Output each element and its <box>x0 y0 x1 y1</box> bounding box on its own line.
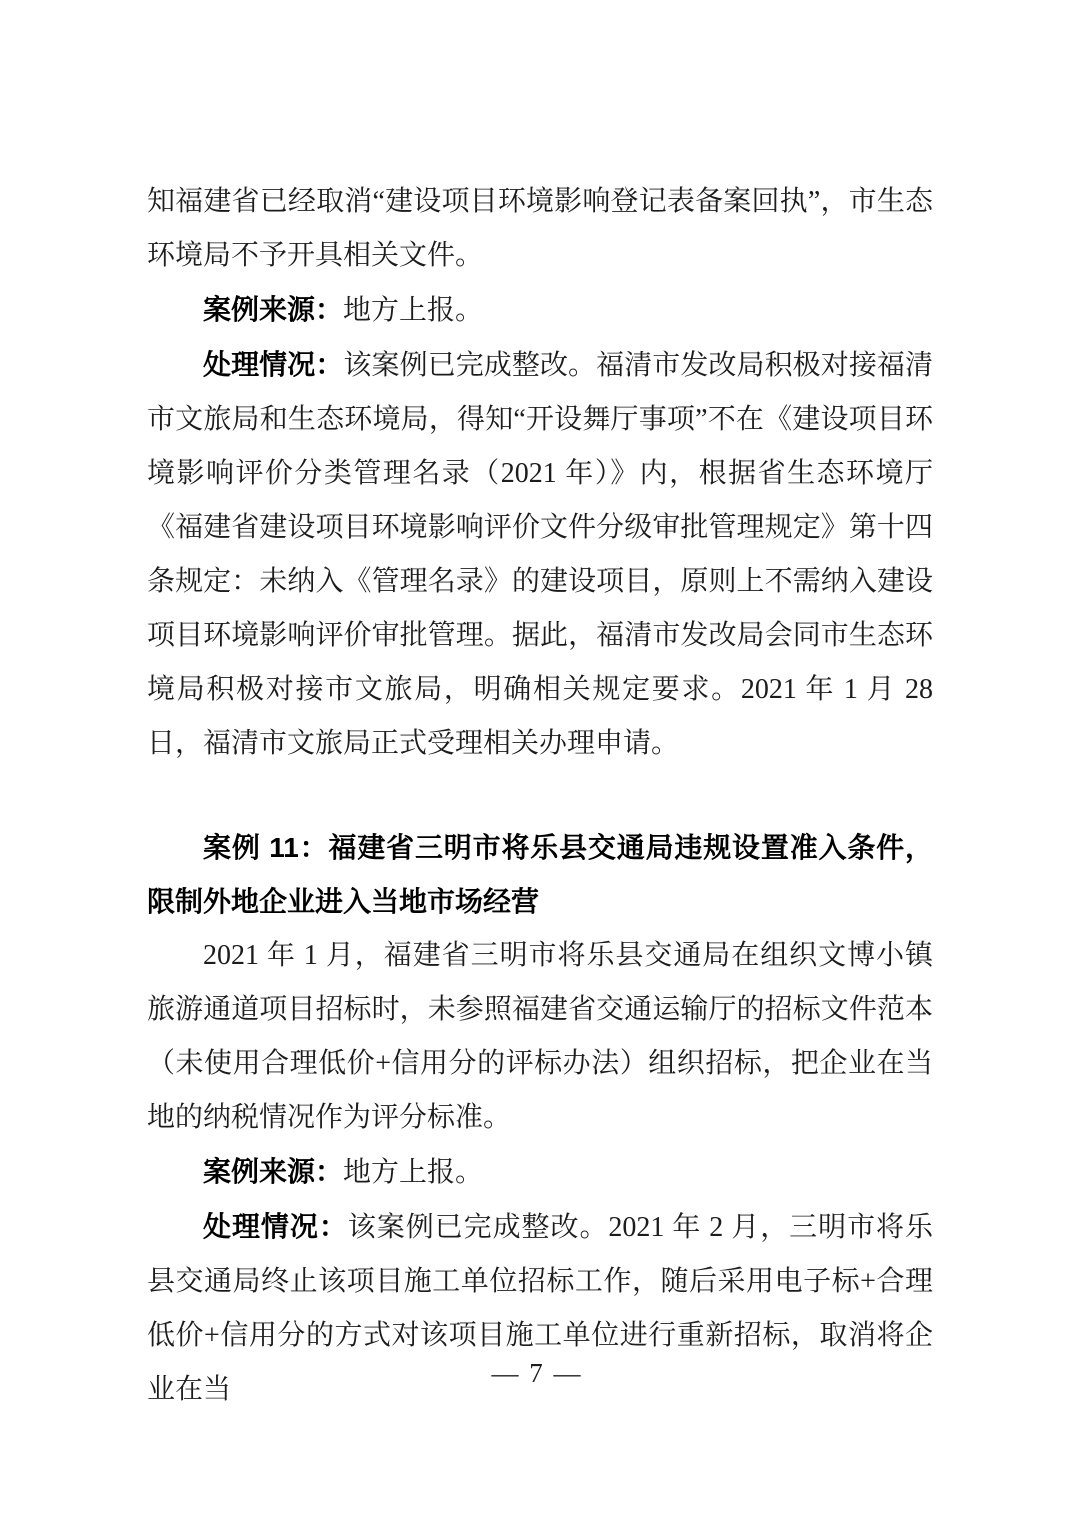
case11-heading: 案例 11：福建省三明市将乐县交通局违规设置准入条件，限制外地企业进入当地市场经… <box>147 821 933 929</box>
case10-source-label: 案例来源： <box>203 294 343 325</box>
case10-handling-value: 该案例已完成整改。福清市发改局积极对接福清市文旅局和生态环境局，得知“开设舞厅事… <box>147 350 933 759</box>
case11-handling-label: 处理情况： <box>203 1211 348 1242</box>
case10-source-line: 案例来源：地方上报。 <box>147 283 933 338</box>
case11-source-line: 案例来源：地方上报。 <box>147 1145 933 1200</box>
document-body: 知福建省已经取消“建设项目环境影响登记表备案回执”，市生态环境局不予开具相关文件… <box>147 175 933 1417</box>
case11-source-value: 地方上报。 <box>343 1157 483 1188</box>
case11-source-label: 案例来源： <box>203 1156 343 1187</box>
case10-handling-label: 处理情况： <box>203 349 343 380</box>
document-page: 知福建省已经取消“建设项目环境影响登记表备案回执”，市生态环境局不予开具相关文件… <box>0 0 1074 1520</box>
case10-source-value: 地方上报。 <box>343 295 483 326</box>
paragraph-continuation: 知福建省已经取消“建设项目环境影响登记表备案回执”，市生态环境局不予开具相关文件… <box>147 175 933 283</box>
case10-handling-line: 处理情况：该案例已完成整改。福清市发改局积极对接福清市文旅局和生态环境局，得知“… <box>147 338 933 771</box>
page-number-footer: — 7 — <box>0 1358 1074 1388</box>
case11-intro-paragraph: 2021 年 1 月，福建省三明市将乐县交通局在组织文博小镇旅游通道项目招标时，… <box>147 929 933 1145</box>
